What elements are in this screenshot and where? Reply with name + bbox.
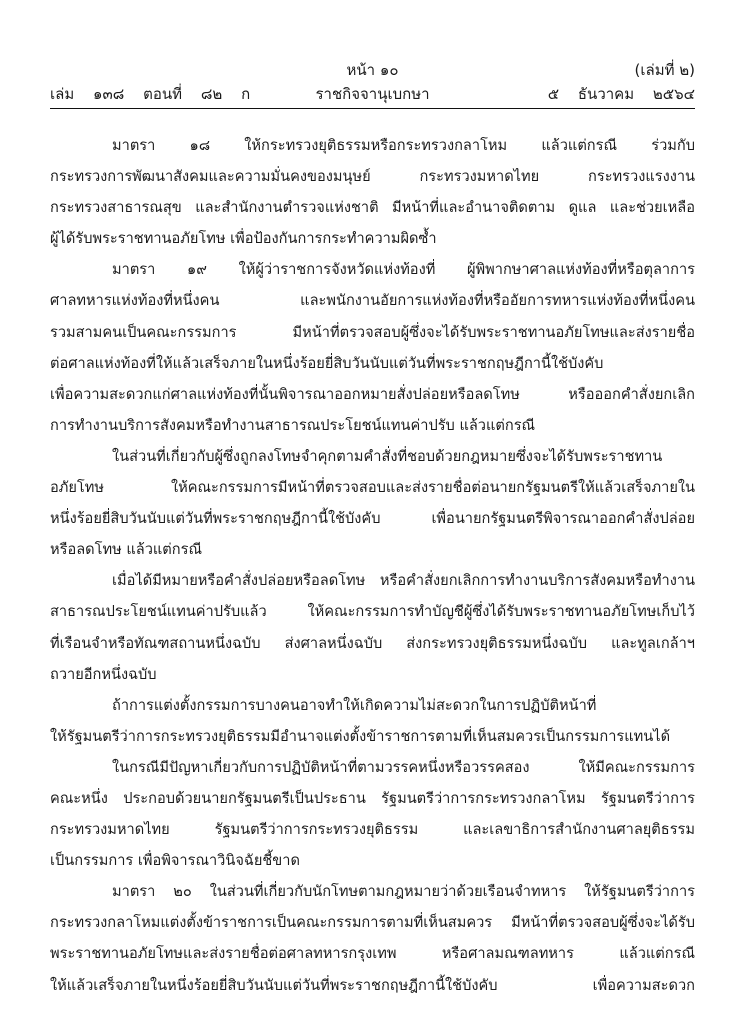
text-line: ต่อศาลแห่งท้องที่ให้แล้วเสร็จภายในหนึ่งร…: [50, 348, 695, 379]
volume-part: (เล่มที่ ๒): [635, 60, 695, 80]
date-year: ๒๕๖๔: [653, 85, 695, 103]
text-line: มาตรา ๑๘ ให้กระทรวงยุติธรรมหรือกระทรวงกล…: [50, 130, 695, 161]
document-body: มาตรา ๑๘ ให้กระทรวงยุติธรรมหรือกระทรวงกล…: [50, 130, 695, 1001]
text-line: กระทรวงกลาโหมแต่งตั้งข้าราชการเป็นคณะกรร…: [50, 907, 695, 938]
text-line: หรือลดโทษ แล้วแต่กรณี: [50, 534, 695, 565]
text-line: พระราชทานอภัยโทษและส่งรายชื่อต่อศาลทหารก…: [50, 938, 695, 969]
text-line: ให้รัฐมนตรีว่าการกระทรวงยุติธรรมมีอำนาจแ…: [50, 721, 695, 752]
text-line: ศาลทหารแห่งท้องที่หนึ่งคน และพนักงานอัยก…: [50, 285, 695, 316]
page-number: หน้า ๑๐: [50, 60, 695, 80]
gazette-page: หน้า ๑๐ (เล่มที่ ๒) เล่ม ๑๓๘ ตอนที่ ๘๒ ก…: [0, 0, 747, 1024]
header-divider: [50, 108, 695, 109]
text-line: มาตรา ๒๐ ในส่วนที่เกี่ยวกับนักโทษตามกฎหม…: [50, 876, 695, 907]
date-month: ธันวาคม: [578, 85, 634, 103]
text-line: อภัยโทษ ให้คณะกรรมการมีหน้าที่ตรวจสอบและ…: [50, 472, 695, 503]
text-line: ในกรณีมีปัญหาเกี่ยวกับการปฏิบัติหน้าที่ต…: [50, 752, 695, 783]
text-line: ถวายอีกหนึ่งฉบับ: [50, 659, 695, 690]
text-line: มาตรา ๑๙ ให้ผู้ว่าราชการจังหวัดแห่งท้องท…: [50, 254, 695, 285]
text-line: เป็นกรรมการ เพื่อพิจารณาวินิจฉัยชี้ขาด: [50, 845, 695, 876]
text-line: การทำงานบริการสังคมหรือทำงานสาธารณประโยช…: [50, 410, 695, 441]
text-line: คณะหนึ่ง ประกอบด้วยนายกรัฐมนตรีเป็นประธา…: [50, 783, 695, 814]
text-line: เพื่อความสะดวกแก่ศาลแห่งท้องที่นั้นพิจาร…: [50, 379, 695, 410]
text-line: กระทรวงสาธารณสุข และสำนักงานตำรวจแห่งชาต…: [50, 192, 695, 223]
date-day: ๕: [548, 85, 559, 103]
text-line: หนึ่งร้อยยี่สิบวันนับแต่วันที่พระราชกฤษฎ…: [50, 503, 695, 534]
text-line: ในส่วนที่เกี่ยวกับผู้ซึ่งถูกลงโทษจำคุกตา…: [50, 441, 695, 472]
text-line: กระทรวงมหาดไทย รัฐมนตรีว่าการกระทรวงยุติ…: [50, 814, 695, 845]
text-line: ผู้ได้รับพระราชทานอภัยโทษ เพื่อป้องกันกา…: [50, 223, 695, 254]
text-line: เมื่อได้มีหมายหรือคำสั่งปล่อยหรือลดโทษ ห…: [50, 565, 695, 596]
text-line: ที่เรือนจำหรือทัณฑสถานหนึ่งฉบับ ส่งศาลหน…: [50, 628, 695, 659]
text-line: ให้แล้วเสร็จภายในหนึ่งร้อยยี่สิบวันนับแต…: [50, 970, 695, 1001]
publication-date: ๕ ธันวาคม ๒๕๖๔: [548, 84, 695, 104]
text-line: ถ้าการแต่งตั้งกรรมการบางคนอาจทำให้เกิดคว…: [50, 690, 695, 721]
text-line: รวมสามคนเป็นคณะกรรมการ มีหน้าที่ตรวจสอบผ…: [50, 317, 695, 348]
text-line: สาธารณประโยชน์แทนค่าปรับแล้ว ให้คณะกรรมก…: [50, 596, 695, 627]
text-line: กระทรวงการพัฒนาสังคมและความมั่นคงของมนุษ…: [50, 161, 695, 192]
